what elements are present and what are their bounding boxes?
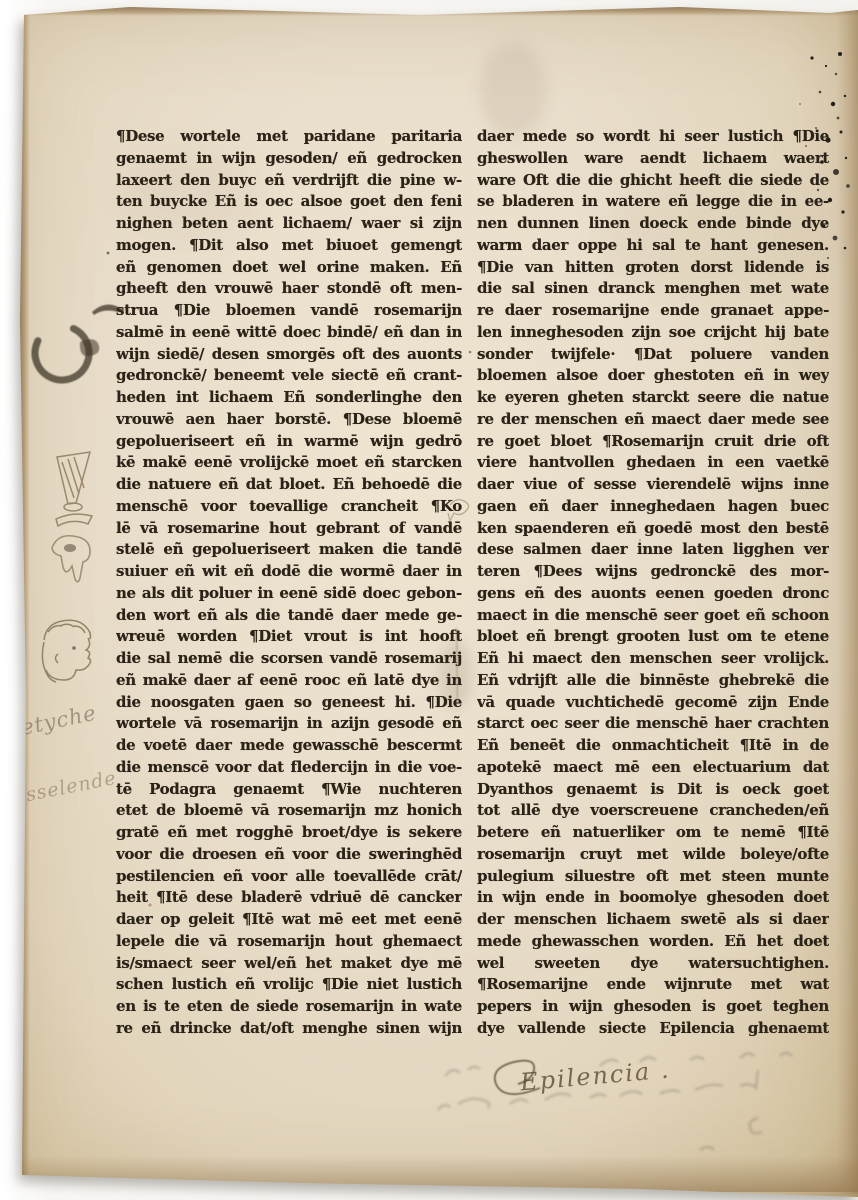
text-line: desesalmendaerinnelatenligghenver	[477, 540, 829, 562]
text-line: vāquadevuchtichedēgecomēzijnEnde	[477, 693, 829, 715]
text-line: starctoecseerdiemenschēhaercrachten	[477, 714, 829, 736]
text-line: is/smaectseerwel/eñhetmaketdyemē	[116, 954, 462, 976]
text-line: pestilencieneñvooralletoevallēdecrāt/	[116, 867, 462, 889]
margin-handwriting-lower: posselende	[0, 767, 118, 811]
text-line: Eñhimaectdenmenschenseervrolijck.	[477, 649, 829, 671]
text-column-right: daermedesowordthiseerlustich¶Diegheswoll…	[477, 127, 829, 1041]
text-line: diemenscēvoordatfledercijnindievoe-	[116, 758, 462, 780]
text-line: wreuēworden¶Dietvroutisinthooft	[116, 627, 462, 649]
text-line: menschēvoortoevalligecrancheit¶Ko	[116, 497, 462, 519]
goblet-drawing	[56, 452, 92, 526]
text-line: vrouwēaenhaerborstē.¶Desebloemē	[116, 410, 462, 432]
text-line: Eñvdrijftallediebinnēsteghebrekēdie	[477, 671, 829, 693]
text-line: nealsditpoluerineenēsidēdoecgebon-	[116, 584, 462, 606]
text-line: wareOftdiedieghichtheeftdiesiedede	[477, 171, 829, 193]
text-line: tenbuyckeEñisoecalsoegoetdenfeni	[116, 192, 462, 214]
text-line: redermenscheneñmaectdaermedesee	[477, 410, 829, 432]
pencil-scribbles	[438, 1053, 792, 1150]
bottom-handwriting-epilencia: Epilencia .	[519, 1055, 671, 1096]
text-line: regoetbloet¶Rosemarijncruitdrieoft	[477, 432, 829, 454]
text-line: strua¶Diebloemenvandērosemarijn	[116, 301, 462, 323]
text-line: kenspaendereneñgoedēmostdenbestē	[477, 519, 829, 541]
text-line: etetdebloemēvārosemarijnmzhonich	[116, 801, 462, 823]
text-line: DyanthosgenaemtisDitisoeckgoet	[477, 780, 829, 802]
text-line: schenlusticheñvrolijc¶Dienietlustich	[116, 975, 462, 997]
text-line: ¶Rosemarijneendewijnrutemetwat	[477, 975, 829, 997]
text-line: wortelevārosemarijninazijngesodēeñ	[116, 714, 462, 736]
text-line: gratēeñmetrogghēbroet/dyeissekere	[116, 823, 462, 845]
text-line: eñmakēdaerafeenērooceñlatēdyein	[116, 671, 462, 693]
page-right-edge	[836, 8, 858, 1194]
text-column-left: ¶Desewortelemetparidaneparitariagenaemti…	[116, 127, 462, 1041]
text-line: nighenbetenaentlichaem/waersizijn	[116, 214, 462, 236]
book-page: ¶Desewortelemetparidaneparitariagenaemti…	[0, 0, 858, 1200]
scanned-book-photo: { "document": { "kind": "early printed h…	[0, 0, 858, 1200]
text-line: warmdaeroppehisaltehantgenesen.	[477, 236, 829, 258]
text-line: sondertwijfele·¶Datpoluerevanden	[477, 345, 829, 367]
text-line: tēPodagragenaemt¶Wienuchteren	[116, 780, 462, 802]
text-line: genaemtinwijngesoden/eñgedrocken	[116, 149, 462, 171]
text-line: devoetēdaermedegewasschēbescermt	[116, 736, 462, 758]
text-line: mogen.¶Ditalsometbiuoetgemengt	[116, 236, 462, 258]
text-line: bloeteñbrengtgrootenlustomteetene	[477, 627, 829, 649]
text-line: redaerrosemarijneendegranaetappe-	[477, 301, 829, 323]
text-line: suiuereñwiteñdodēdiewormēdaerin	[116, 562, 462, 584]
text-line: sebladereninwatereeñleggedieinee-	[477, 192, 829, 214]
text-line: dyevallendesiecteEpilenciaghenaemt	[477, 1019, 829, 1041]
text-line: pepersinwijnghesodenisgoetteghen	[477, 997, 829, 1019]
text-line: ¶Desewortelemetparidaneparitaria	[116, 127, 462, 149]
page-bottom-edge	[22, 1156, 858, 1192]
text-line: maectindiemenschēseergoeteñschoon	[477, 606, 829, 628]
text-line: salmēineenēwittēdoecbindē/eñdanin	[116, 323, 462, 345]
text-line: reeñdrinckedat/oftmenghesinenwijn	[116, 1019, 462, 1041]
text-line: heit¶Itēdesebladerēvdriuēdēcancker	[116, 888, 462, 910]
text-line: Eñbeneētdieonmachticheit¶Itēinde	[477, 736, 829, 758]
text-line: medeghewasschenworden.Eñhetdoet	[477, 932, 829, 954]
text-line: welsweetendyewatersuchtighen.	[477, 954, 829, 976]
text-line: daermedesowordthiseerlustich¶Die	[477, 127, 829, 149]
text-line: daerviueofsessevierendelēwijnsinne	[477, 475, 829, 497]
text-line: laxeertdenbuyceñverdrijftdiepinew-	[116, 171, 462, 193]
text-line: nendunnenlinendoeckendebindedye	[477, 214, 829, 236]
text-line: genseñdesauontseenengoedendronc	[477, 584, 829, 606]
text-line: voordiedroeseneñvoordiesweringhēd	[116, 845, 462, 867]
page-top-edge	[20, 5, 858, 16]
text-line: gheeftdenvrouwēhaerstondēoftmen-	[116, 279, 462, 301]
paper-stain	[480, 42, 546, 136]
text-line: dienatuereeñdatbloet.Eñbehoedēdie	[116, 475, 462, 497]
text-line: lepeledievārosemarijnhoutghemaect	[116, 932, 462, 954]
text-line: leninneghesodenzijnsoecrijchthijbate	[477, 323, 829, 345]
text-line: denworteñalsdietandēdaermedege-	[116, 606, 462, 628]
text-line: rosemarijncruytmetwildeboleye/ofte	[477, 845, 829, 867]
text-line: bloemenalsoedoerghestoteneñinwey	[477, 366, 829, 388]
face-profile-drawing	[42, 620, 90, 682]
page-left-edge	[19, 7, 30, 1177]
text-line: gepolueriseerteñinwarmēwijngedrō	[116, 432, 462, 454]
tooth-drawing	[52, 536, 90, 582]
text-line: dermenschenlichaemswetēalssidaer	[477, 910, 829, 932]
text-line: lēvārosemarinehoutgebrantofvandē	[116, 519, 462, 541]
text-line: apotekēmaectmēeenelectuariumdat	[477, 758, 829, 780]
text-line: gheswollenwareaendtlichaemwaert	[477, 149, 829, 171]
text-line: wijnsiedē/desensmorgēsoftdesauonts	[116, 345, 462, 367]
text-line: inwijnendeinboomolyeghesodendoet	[477, 888, 829, 910]
text-line: enisteetendesiederosemarijninwate	[116, 997, 462, 1019]
text-line: diesalnemēdiescorsenvandērosemarij	[116, 649, 462, 671]
text-line: totallēdyevoerscreuenecrancheden/eñ	[477, 801, 829, 823]
text-line: stelēeñgepolueriseertmakendietandē	[116, 540, 462, 562]
handwriting-flourish	[495, 1061, 540, 1095]
text-line: hedenintlichaemEñsonderlingheden	[116, 388, 462, 410]
text-line: gedronckē/beneemtvelesiectēeñcrant-	[116, 366, 462, 388]
text-line: keeyerenghetenstarcktseeredienatue	[477, 388, 829, 410]
ink-ring-drawing	[26, 317, 99, 389]
text-line: daeropgeleit¶Itēwatmēeetmeteenē	[116, 910, 462, 932]
text-line: gaeneñdaerinneghedaenhagenbuec	[477, 497, 829, 519]
page-wrapper: ¶Desewortelemetparidaneparitariagenaemti…	[0, 0, 858, 1200]
text-line: vierehantvollenghedaenineenvaetkē	[477, 453, 829, 475]
text-line: eñgenomendoetwelorinemaken.Eñ	[116, 258, 462, 280]
text-line: ¶Dievanhittengrotendorstlidendeis	[477, 258, 829, 280]
text-line: kēmakēeenēvrolijckēmoeteñstarcken	[116, 453, 462, 475]
text-line: betereeñnatuerlikeromtenemē¶Itē	[477, 823, 829, 845]
text-line: diesalsinendranckmenghenmetwate	[477, 279, 829, 301]
margin-handwriting-upper: Retyche	[3, 701, 99, 744]
text-line: dienoosgatengaensogeneesthi.¶Die	[116, 693, 462, 715]
text-line: pulegiumsiluestreoftmetsteenmunte	[477, 867, 829, 889]
text-line: teren¶Deeswijnsgedronckēdesmor-	[477, 562, 829, 584]
